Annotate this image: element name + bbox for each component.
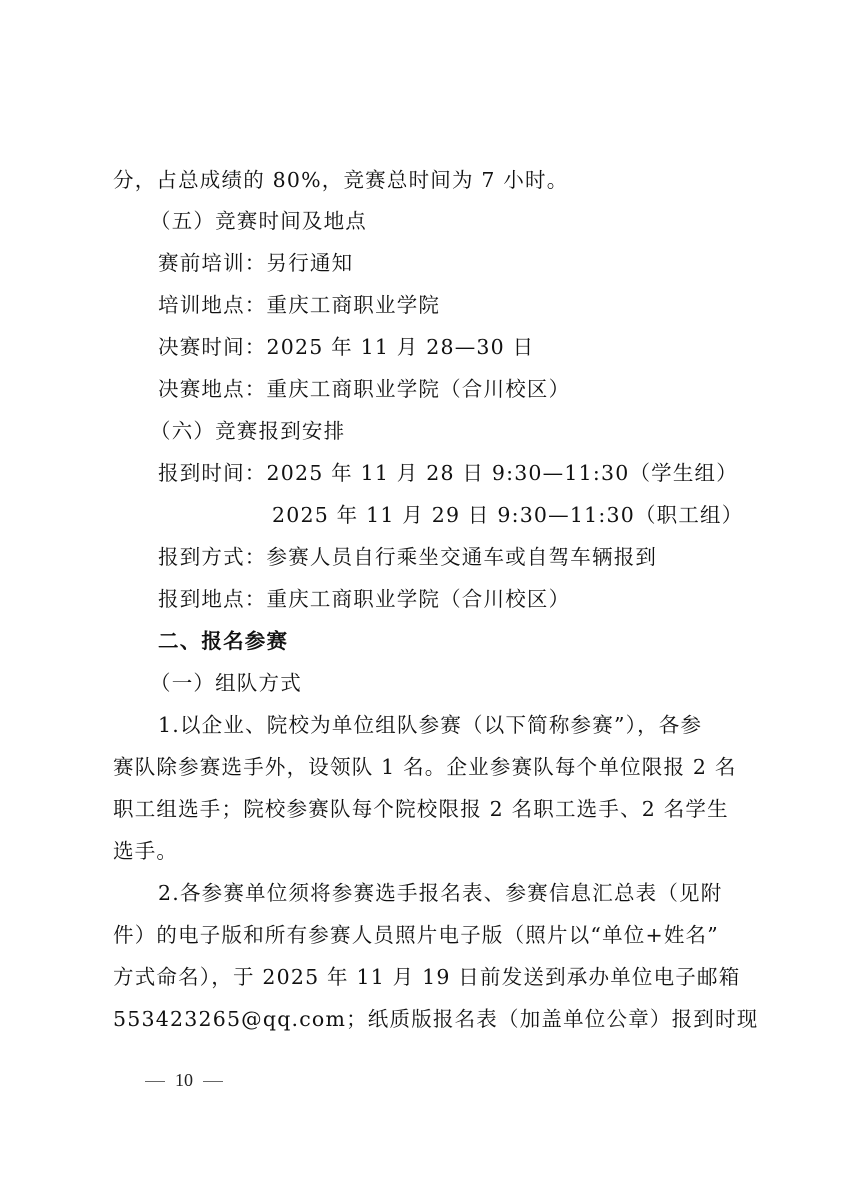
page-number-value: 10 [175,1070,193,1090]
paragraph-line: 选手。 [113,837,178,865]
paragraph-line: 职工组选手；院校参赛队每个院校限报 2 名职工选手、2 名学生 [113,795,729,823]
paragraph-line: 件）的电子版和所有参赛人员照片电子版（照片以“单位+姓名” [113,921,719,949]
paragraph-line: 赛队除参赛选手外，设领队 1 名。企业参赛队每个单位限报 2 名 [113,753,737,781]
training-location-line: 培训地点：重庆工商职业学院 [158,291,440,319]
paragraph-line: 553423265@qq.com；纸质版报名表（加盖单位公章）报到时现 [113,1005,758,1033]
paragraph-line: 1.以企业、院校为单位组队参赛（以下简称参赛”），各参 [158,711,702,739]
checkin-time-line: 报到时间：2025 年 11 月 28 日 9:30—11:30（学生组） [158,459,738,487]
chapter-heading-2: 二、报名参赛 [158,627,288,655]
dash-left [145,1081,165,1082]
checkin-method-line: 报到方式：参赛人员自行乘坐交通车或自驾车辆报到 [158,543,657,571]
paragraph-line: 方式命名），于 2025 年 11 月 19 日前发送到承办单位电子邮箱 [113,963,740,991]
document-page: 分，占总成绩的 80%，竞赛总时间为 7 小时。 （五）竞赛时间及地点 赛前培训… [0,0,848,1200]
final-time-line: 决赛时间：2025 年 11 月 28—30 日 [158,333,534,361]
paragraph-line: 分，占总成绩的 80%，竞赛总时间为 7 小时。 [113,166,568,194]
dash-right [203,1081,223,1082]
training-line: 赛前培训：另行通知 [158,249,353,277]
checkin-time-line-2: 2025 年 11 月 29 日 9:30—11:30（职工组） [272,501,743,529]
page-number: 10 [135,1070,233,1091]
section-heading-5: （五）竞赛时间及地点 [150,207,367,235]
final-location-line: 决赛地点：重庆工商职业学院（合川校区） [158,375,570,403]
paragraph-line: 2.各参赛单位须将参赛选手报名表、参赛信息汇总表（见附 [158,879,722,907]
section-heading-6: （六）竞赛报到安排 [150,417,345,445]
section-heading-1: （一）组队方式 [150,669,302,697]
checkin-location-line: 报到地点：重庆工商职业学院（合川校区） [158,585,570,613]
